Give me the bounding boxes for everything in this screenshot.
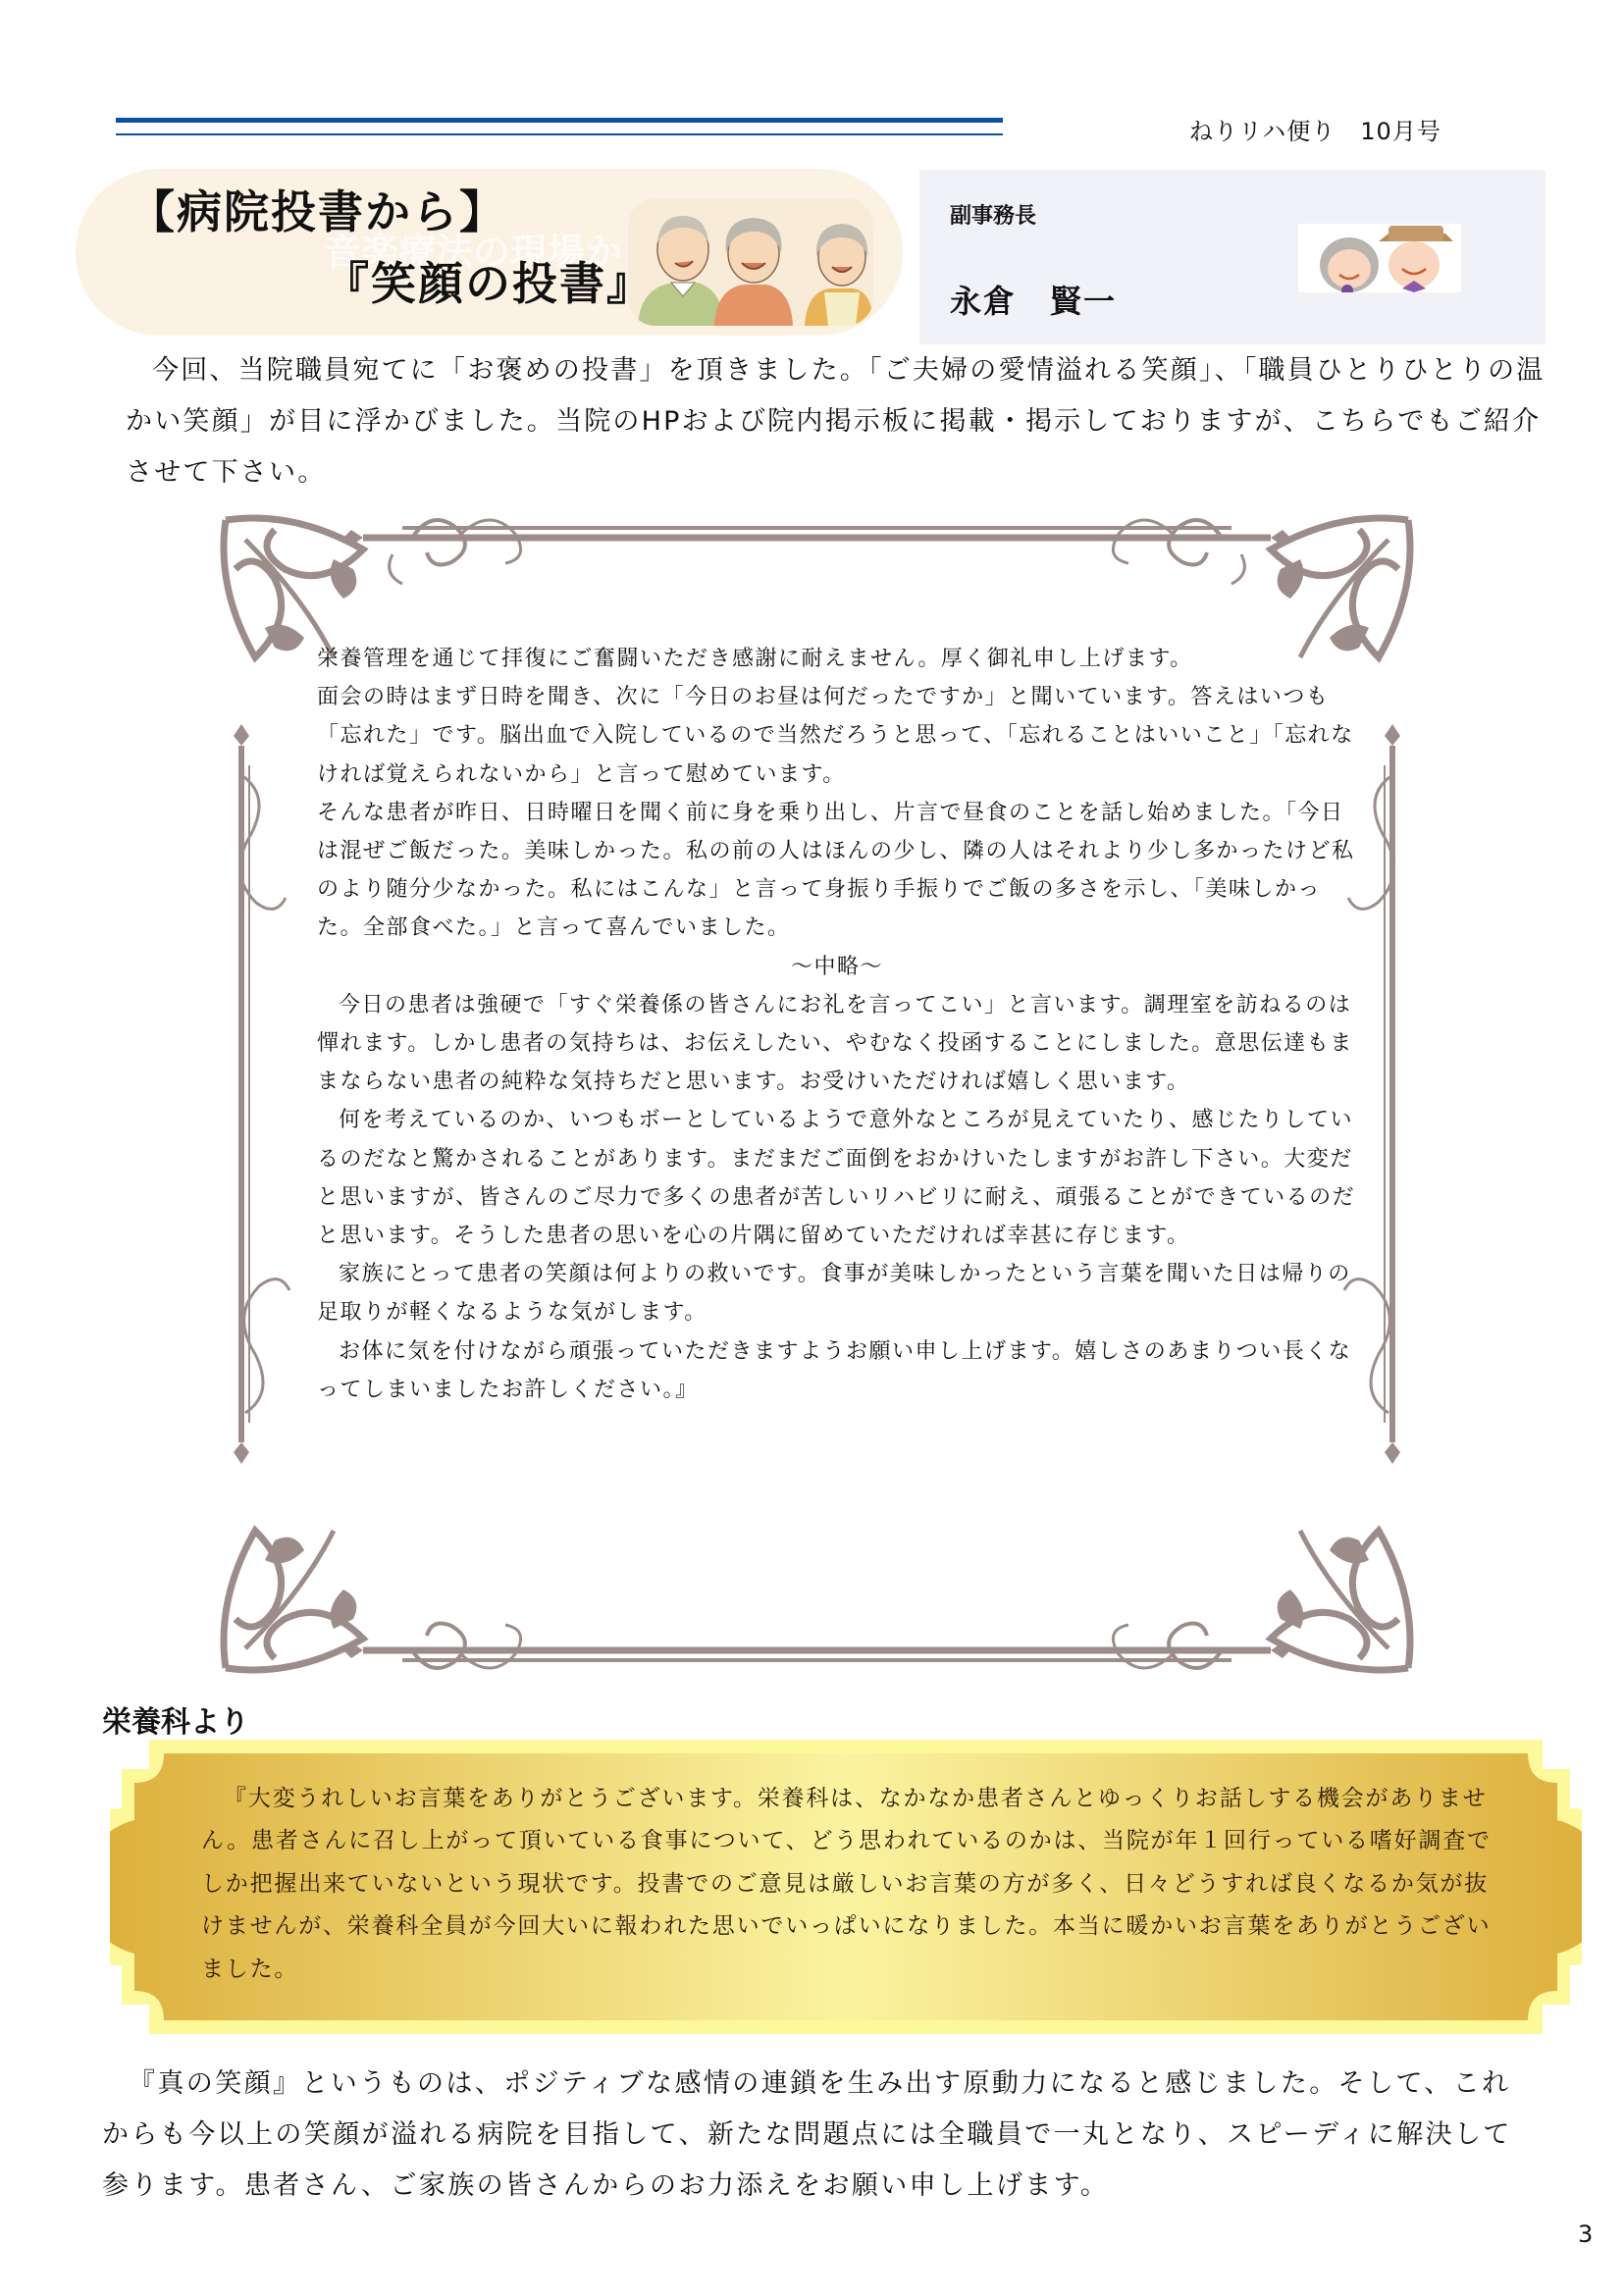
letter-omission-mark: ～中略～: [317, 948, 1357, 986]
header-rule-thick: [116, 118, 1003, 123]
page-title-line1: 【病院投書から】: [130, 177, 506, 241]
closing-paragraph: 『真の笑顔』というものは、ポジティブな感情の連鎖を生み出す原動力になると感じまし…: [102, 2059, 1535, 2212]
header-rule-thin: [116, 133, 1003, 135]
frame-bottom-ornament: [343, 1624, 1290, 1668]
letter-paragraph: 面会の時はまず日時を聞き、次に「今日のお昼は何だったですか」と聞いています。答え…: [317, 678, 1357, 794]
elderly-couple-illustration: [1298, 224, 1461, 292]
nutrition-heading: 栄養科より: [102, 1697, 249, 1741]
frame-top-ornament: [343, 520, 1290, 584]
frame-corner-bottom-left: [224, 1531, 363, 1670]
letter-paragraph: 今日の患者は強硬で「すぐ栄養係の皆さんにお礼を言ってこい」と言います。調理室を訪…: [317, 986, 1357, 1102]
intro-paragraph: 今回、当院職員宛てに「お褒めの投書」を頂きました。「ご夫婦の愛情溢れる笑顔」、「…: [126, 345, 1548, 498]
author-name: 永倉 賢一: [950, 277, 1117, 322]
letter-body: 栄養管理を通じて拝復にご奮闘いただき感謝に耐えません。厚く御礼申し上げます。 面…: [317, 640, 1357, 1409]
letter-paragraph: 何を考えているのか、いつもボーとしているようで意外なところが見えていたり、感じた…: [317, 1101, 1357, 1255]
author-role: 副事務長: [950, 199, 1036, 230]
page-number: 3: [1578, 2220, 1593, 2248]
letter-paragraph: 家族にとって患者の笑顔は何よりの救いです。食事が美味しかったという言葉を聞いた日…: [317, 1255, 1357, 1331]
page-title-line2: 『笑顔の投書』: [324, 248, 654, 313]
elderly-group-illustration: [628, 198, 873, 326]
frame-corner-top-left: [224, 518, 363, 657]
letter-paragraph: 栄養管理を通じて拝復にご奮闘いただき感謝に耐えません。厚く御礼申し上げます。: [317, 640, 1357, 678]
letter-paragraph: そんな患者が昨日、日時曜日を聞く前に身を乗り出し、片言で昼食のことを話し始めまし…: [317, 794, 1357, 948]
letter-paragraph: お体に気を付けながら頑張っていただきますようお願い申し上げます。嬉しさのあまりつ…: [317, 1332, 1357, 1409]
nutrition-message: 『大変うれしいお言葉をありがとうございます。栄養科は、なかなか患者さんとゆっくり…: [201, 1778, 1506, 1991]
issue-label: ねりリハ便り 10月号: [1189, 112, 1441, 146]
frame-left-ornament: [234, 724, 289, 1464]
frame-corner-bottom-right: [1271, 1531, 1410, 1670]
frame-corner-top-right: [1271, 518, 1410, 657]
